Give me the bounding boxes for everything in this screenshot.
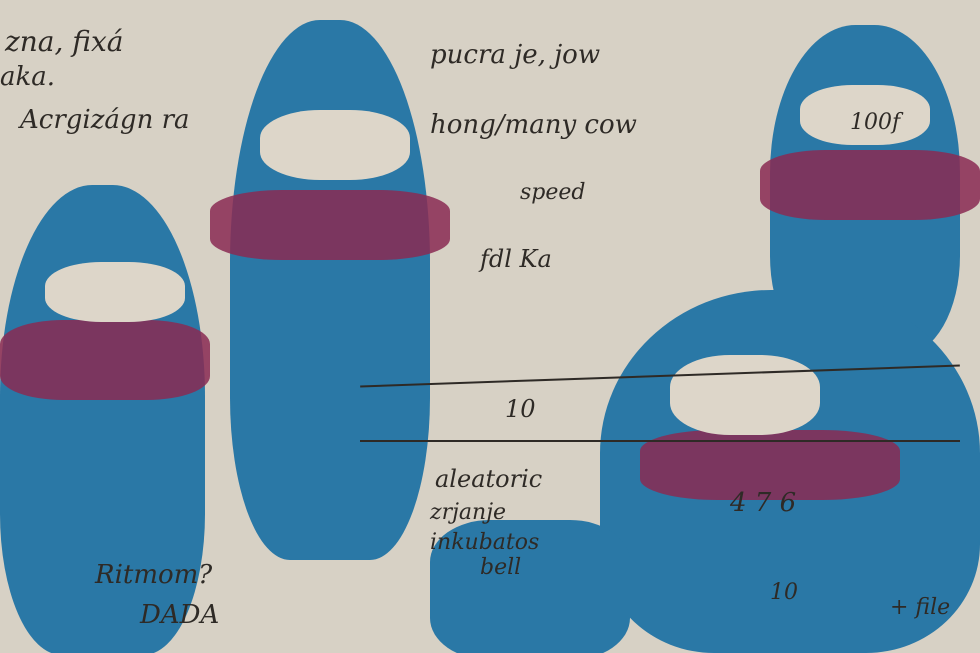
handwritten-note: hong/many cow [430,110,637,140]
handwritten-note: 4 7 6 [730,488,796,518]
handwritten-note: DADA [140,600,219,630]
handwritten-note: 10 [770,580,798,605]
figure-right-top-band [760,150,980,220]
handwritten-note: Ritmom? [95,560,212,590]
figure-left-band [0,320,210,400]
handwritten-note: pucra je, jow [430,40,600,70]
handwritten-note: aleatoric [435,465,542,493]
figure-center-band [210,190,450,260]
handwritten-note: zrjanje [430,500,506,525]
ink-artwork: zna, fixápucra je, jowaka.Acrgizágn raho… [0,0,980,653]
handwritten-note: + file [890,595,950,620]
handwritten-note: speed [520,180,586,205]
handwritten-note: fdl Ka [480,245,552,273]
handwritten-note: zna, fixá [5,25,123,58]
figure-left-face [45,262,185,322]
figure-center-face [260,110,410,180]
handwritten-note: aka. [0,62,55,92]
figure-right-bottom-face [670,355,820,435]
handwritten-note: 10 [505,395,536,423]
handwritten-note: 100f [850,110,900,135]
ink-line-lower [360,440,960,442]
handwritten-note: Acrgizágn ra [20,105,190,135]
handwritten-note: bell [480,555,521,580]
handwritten-note: inkubatos [430,530,539,555]
figure-center [230,20,430,560]
